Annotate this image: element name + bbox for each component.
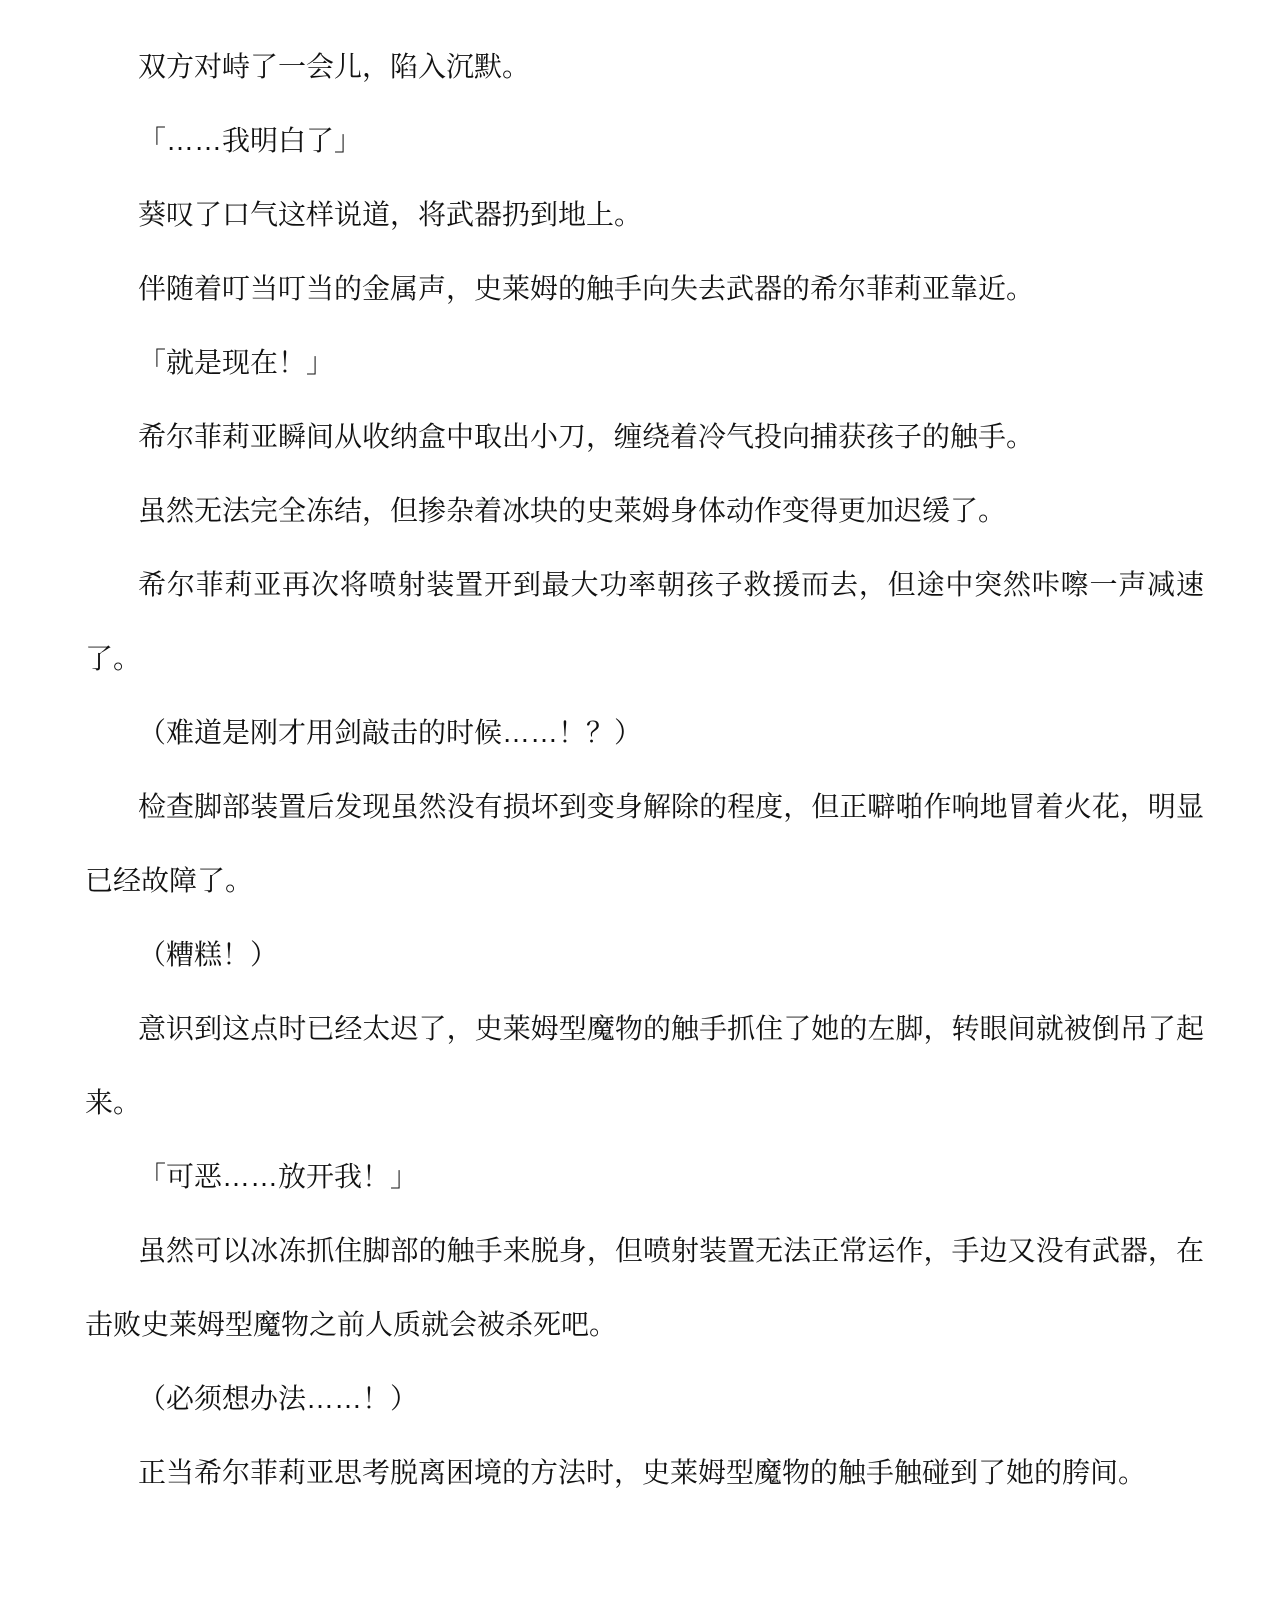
- paragraph-narration: 正当希尔菲莉亚思考脱离困境的方法时，史莱姆型魔物的触手触碰到了她的胯间。: [85, 1436, 1204, 1510]
- paragraph-narration: 希尔菲莉亚瞬间从收纳盒中取出小刀，缠绕着冷气投向捕获孩子的触手。: [85, 400, 1204, 474]
- paragraph-narration: 希尔菲莉亚再次将喷射装置开到最大功率朝孩子救援而去，但途中突然咔嚓一声减速了。: [85, 548, 1204, 696]
- paragraph-narration: 双方对峙了一会儿，陷入沉默。: [85, 30, 1204, 104]
- paragraph-thought: （难道是刚才用剑敲击的时候……！？）: [85, 696, 1204, 770]
- paragraph-narration: 葵叹了口气这样说道，将武器扔到地上。: [85, 178, 1204, 252]
- novel-text-page: 双方对峙了一会儿，陷入沉默。 「……我明白了」 葵叹了口气这样说道，将武器扔到地…: [0, 0, 1280, 1624]
- paragraph-narration: 虽然无法完全冻结，但掺杂着冰块的史莱姆身体动作变得更加迟缓了。: [85, 474, 1204, 548]
- paragraph-narration: 意识到这点时已经太迟了，史莱姆型魔物的触手抓住了她的左脚，转眼间就被倒吊了起来。: [85, 992, 1204, 1140]
- paragraph-thought: （糟糕！）: [85, 918, 1204, 992]
- paragraph-dialogue: 「就是现在！」: [85, 326, 1204, 400]
- paragraph-narration: 检查脚部装置后发现虽然没有损坏到变身解除的程度，但正噼啪作响地冒着火花，明显已经…: [85, 770, 1204, 918]
- paragraph-dialogue: 「可恶……放开我！」: [85, 1140, 1204, 1214]
- paragraph-narration: 伴随着叮当叮当的金属声，史莱姆的触手向失去武器的希尔菲莉亚靠近。: [85, 252, 1204, 326]
- paragraph-dialogue: 「……我明白了」: [85, 104, 1204, 178]
- paragraph-thought: （必须想办法……！）: [85, 1362, 1204, 1436]
- paragraph-narration: 虽然可以冰冻抓住脚部的触手来脱身，但喷射装置无法正常运作，手边又没有武器，在击败…: [85, 1214, 1204, 1362]
